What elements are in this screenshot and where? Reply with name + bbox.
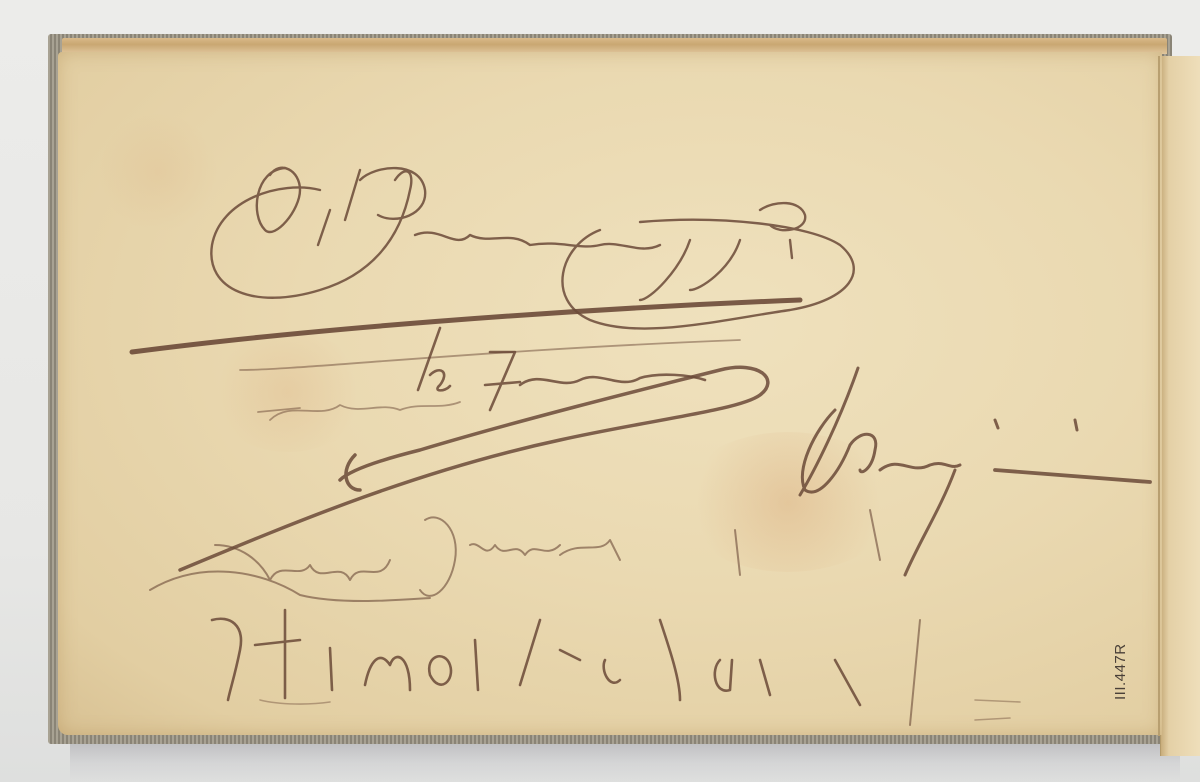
signature-giorgi bbox=[800, 368, 1150, 575]
handwriting-strokes bbox=[0, 0, 1200, 782]
loop-stroke bbox=[180, 367, 768, 570]
underline-stroke bbox=[132, 300, 800, 352]
signature-benvenuti bbox=[211, 168, 853, 329]
signature-zan bbox=[418, 328, 705, 410]
inventory-number: III.447R bbox=[1112, 643, 1129, 700]
signature-inverted bbox=[150, 510, 880, 601]
signature-hinol bbox=[212, 610, 1020, 725]
